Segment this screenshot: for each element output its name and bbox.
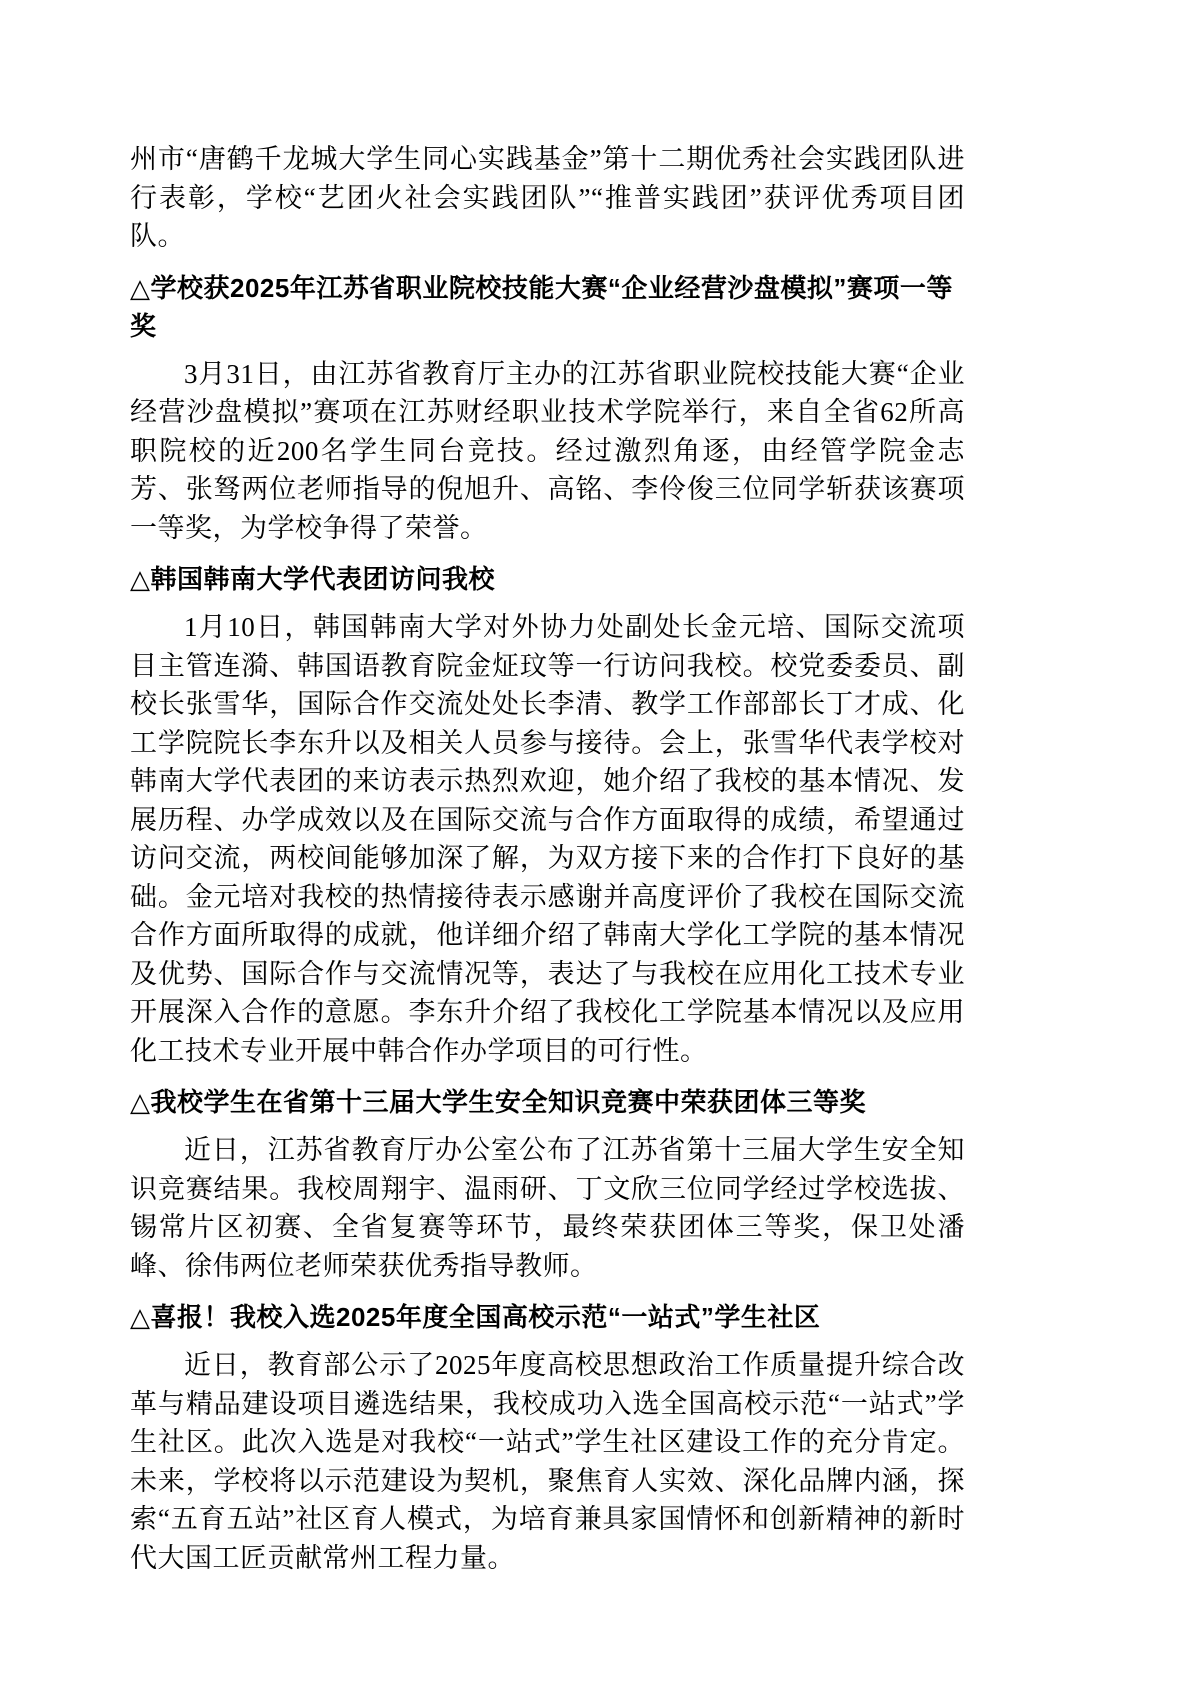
document-body: 州市“唐鹤千龙城大学生同心实践基金”第十二期优秀社会实践团队进行表彰，学校“艺团… xyxy=(130,140,965,1577)
news-heading-one-stop-student-community: △喜报！我校入选2025年度全国高校示范“一站式”学生社区 xyxy=(130,1298,965,1336)
paragraph-skills-competition: 3月31日，由江苏省教育厅主办的江苏省职业院校技能大赛“企业经营沙盘模拟”赛项在… xyxy=(130,355,965,548)
paragraph-safety-knowledge-contest: 近日，江苏省教育厅办公室公布了江苏省第十三届大学生安全知识竞赛结果。我校周翔宇、… xyxy=(130,1131,965,1285)
news-heading-safety-knowledge-contest: △我校学生在省第十三届大学生安全知识竞赛中荣获团体三等奖 xyxy=(130,1083,965,1121)
news-heading-hannam-university-visit: △韩国韩南大学代表团访问我校 xyxy=(130,560,965,598)
paragraph-one-stop-student-community: 近日，教育部公示了2025年度高校思想政治工作质量提升综合改革与精品建设项目遴选… xyxy=(130,1346,965,1577)
document-page: 州市“唐鹤千龙城大学生同心实践基金”第十二期优秀社会实践团队进行表彰，学校“艺团… xyxy=(0,0,1191,1684)
paragraph-continuation: 州市“唐鹤千龙城大学生同心实践基金”第十二期优秀社会实践团队进行表彰，学校“艺团… xyxy=(130,140,965,256)
paragraph-hannam-university-visit: 1月10日，韩国韩南大学对外协力处副处长金元培、国际交流项目主管连漪、韩国语教育… xyxy=(130,608,965,1070)
news-heading-skills-competition-award: △学校获2025年江苏省职业院校技能大赛“企业经营沙盘模拟”赛项一等奖 xyxy=(130,269,965,345)
